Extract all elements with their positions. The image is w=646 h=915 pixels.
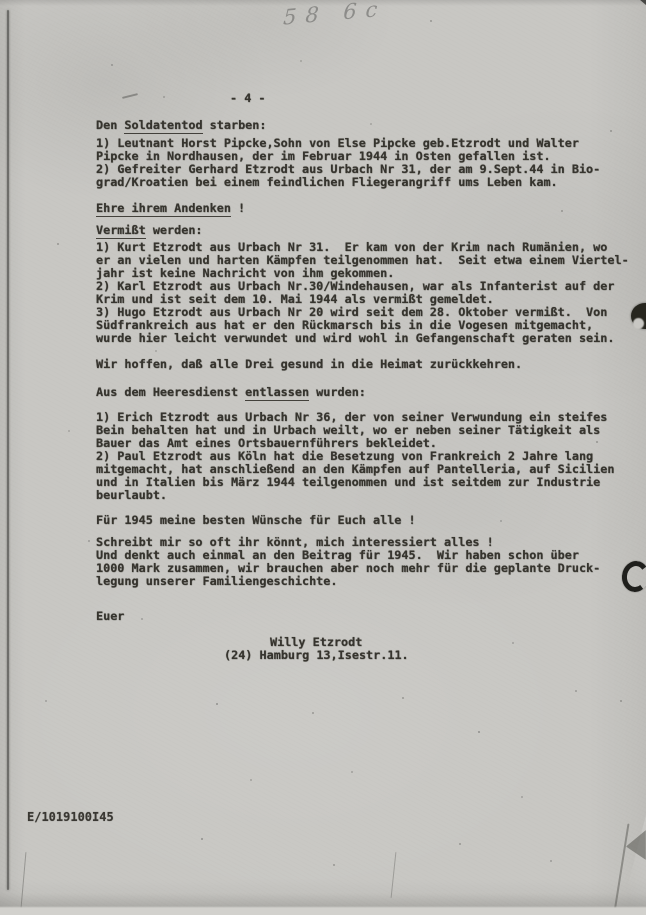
typed-text: - 4 -Den Soldatentod starben:1) Leutnant… xyxy=(96,92,644,662)
archive-code: E/1019100I45 xyxy=(27,810,114,824)
underlined-text: Vermißt xyxy=(96,223,146,239)
text-line: Vermißt werden: xyxy=(96,224,644,237)
text-line: und in Italien bis März 1944 teilgenomme… xyxy=(96,476,644,489)
text-line: Aus dem Heeresdienst entlassen wurden: xyxy=(96,386,644,399)
underlined-text: entlassen xyxy=(245,385,309,401)
scanned-document-page: 58 6c - 4 -Den Soldatentod starben:1) Le… xyxy=(0,0,646,915)
text-line: Ehre ihrem Andenken ! xyxy=(96,202,644,215)
text-line: Wir hoffen, daß alle Drei gesund in die … xyxy=(96,358,644,371)
text-line: Euer xyxy=(96,610,644,623)
text-line: beurlaubt. xyxy=(96,489,644,502)
text-line: - 4 - xyxy=(96,92,644,105)
handwritten-note: 58 6c xyxy=(283,0,387,30)
text-line: grad/Kroatien bei einem feindlichen Flie… xyxy=(96,176,644,189)
underlined-text: Soldatentod xyxy=(124,118,202,134)
underlined-text: Ehre ihrem Andenken xyxy=(96,201,231,217)
paper-left-edge-line xyxy=(7,10,9,890)
text-line: (24) Hamburg 13,Isestr.11. xyxy=(96,649,644,662)
text-line: legung unserer Familiengeschichte. xyxy=(96,575,644,588)
bottom-middle-crease xyxy=(391,852,397,898)
text-line: Den Soldatentod starben: xyxy=(96,119,644,132)
bottom-edge-shadow xyxy=(0,893,646,915)
text-line: wurde hier leicht verwundet und wird woh… xyxy=(96,332,644,345)
text-line: Für 1945 meine besten Wünsche für Euch a… xyxy=(96,514,644,527)
